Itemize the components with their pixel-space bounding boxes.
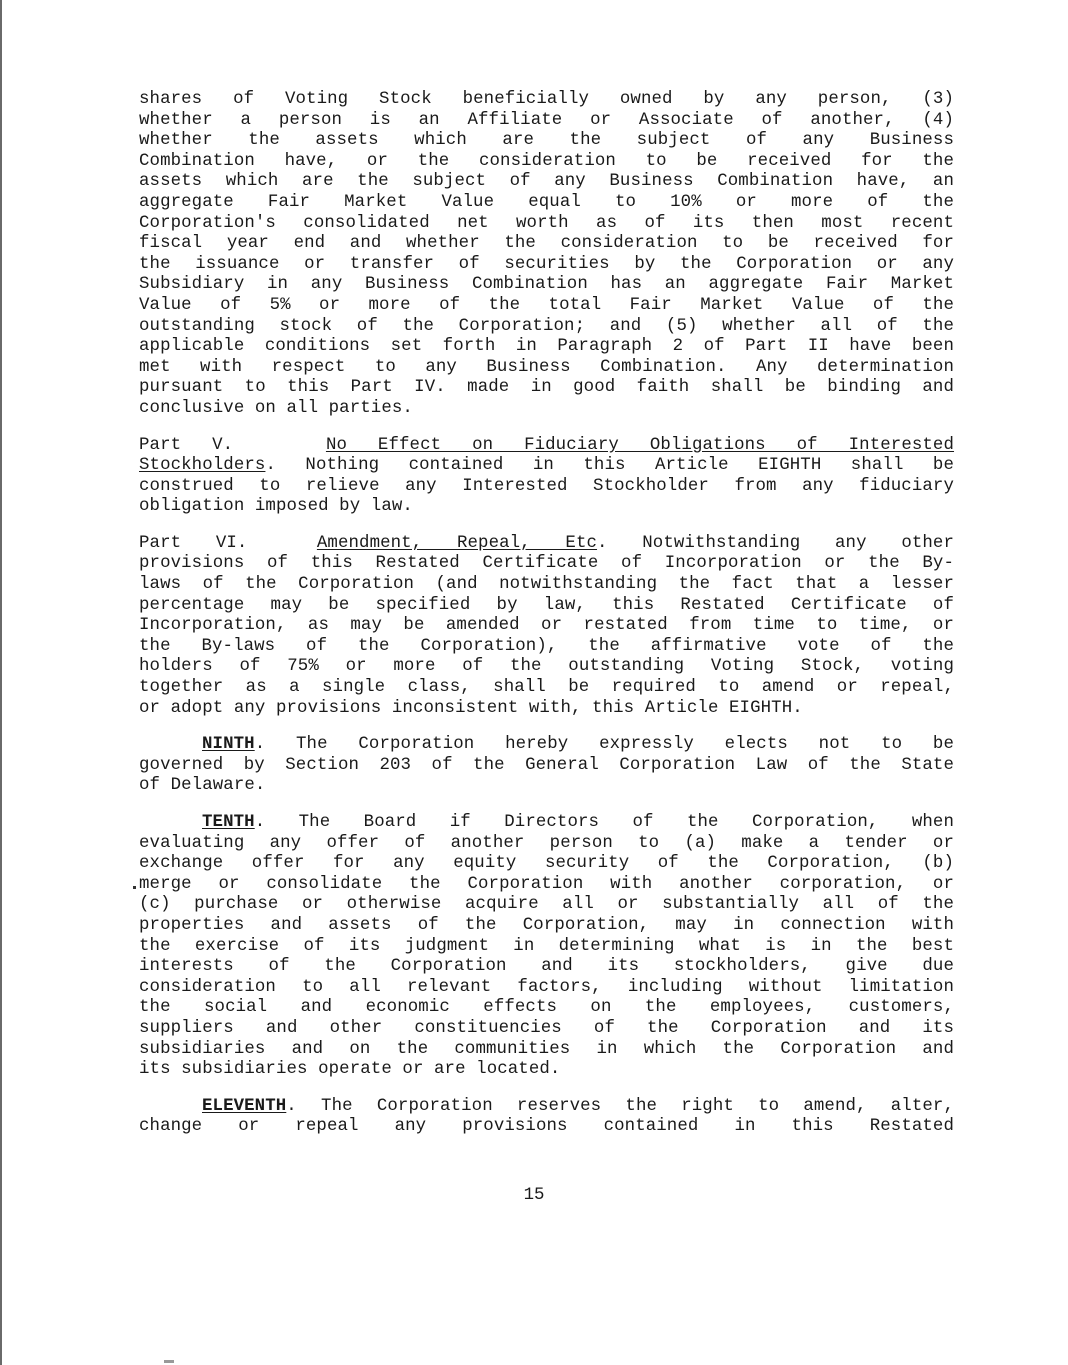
text-line: change or repeal any provisions containe… — [139, 1117, 954, 1138]
text-line: outstanding stock of the Corporation; an… — [139, 317, 954, 338]
text-line: whether the assets which are the subject… — [139, 131, 954, 152]
part-v-line-2: Stockholders. Nothing contained in this … — [139, 456, 954, 477]
text-line: evaluating any offer of another person t… — [139, 834, 954, 855]
tenth-line-1: TENTH. The Board if Directors of the Cor… — [139, 813, 954, 834]
tenth-paragraph: TENTH. The Board if Directors of the Cor… — [139, 813, 954, 1081]
text-line: percentage may be specified by law, this… — [139, 596, 954, 617]
text-line: whether a person is an Affiliate or Asso… — [139, 111, 954, 132]
text-line: Incorporation, as may be amended or rest… — [139, 616, 954, 637]
eleventh-line-1: ELEVENTH. The Corporation reserves the r… — [139, 1097, 954, 1118]
part-v-paragraph: Part V. No Effect on Fiduciary Obligatio… — [139, 436, 954, 518]
text-line: fiscal year end and whether the consider… — [139, 234, 954, 255]
text-line: (c) purchase or otherwise acquire all or… — [139, 895, 954, 916]
part-iv-continuation: shares of Voting Stock beneficially owne… — [139, 90, 954, 420]
page-left-border — [0, 0, 2, 1365]
text-line: shares of Voting Stock beneficially owne… — [139, 90, 954, 111]
text-line: properties and assets of the Corporation… — [139, 916, 954, 937]
ninth-heading: NINTH — [202, 735, 255, 754]
part-v-heading: No Effect on Fiduciary Obligations of In… — [326, 436, 954, 455]
text-line: obligation imposed by law. — [139, 497, 954, 518]
page-number: 15 — [0, 1186, 1068, 1205]
text-line: of Delaware. — [139, 776, 954, 797]
text-line: provisions of this Restated Certificate … — [139, 554, 954, 575]
text-line: subsidiaries and on the communities in w… — [139, 1040, 954, 1061]
text-line: construed to relieve any Interested Stoc… — [139, 477, 954, 498]
part-v-heading-cont: Stockholders — [139, 456, 265, 475]
part-vi-paragraph: Part VI. Amendment, Repeal, Etc. Notwith… — [139, 534, 954, 719]
text-line: laws of the Corporation (and notwithstan… — [139, 575, 954, 596]
text-line: conclusive on all parties. — [139, 399, 954, 420]
text-line: met with respect to any Business Combina… — [139, 358, 954, 379]
scan-mark — [164, 1360, 174, 1363]
eleventh-heading: ELEVENTH — [202, 1097, 286, 1116]
text-line: Value of 5% or more of the total Fair Ma… — [139, 296, 954, 317]
ninth-line-1: NINTH. The Corporation hereby expressly … — [139, 735, 954, 756]
text-line: applicable conditions set forth in Parag… — [139, 337, 954, 358]
text-line: together as a single class, shall be req… — [139, 678, 954, 699]
text-line: assets which are the subject of any Busi… — [139, 172, 954, 193]
text-line: interests of the Corporation and its sto… — [139, 957, 954, 978]
part-vi-line-1: Part VI. Amendment, Repeal, Etc. Notwith… — [139, 534, 954, 555]
text-line: the exercise of its judgment in determin… — [139, 937, 954, 958]
text-line: or adopt any provisions inconsistent wit… — [139, 699, 954, 720]
text-line: Corporation's consolidated net worth as … — [139, 214, 954, 235]
text-line: the social and economic effects on the e… — [139, 998, 954, 1019]
text-line: the By-laws of the Corporation), the aff… — [139, 637, 954, 658]
text-line: governed by Section 203 of the General C… — [139, 756, 954, 777]
part-v-label: Part V. — [139, 436, 233, 455]
text-line: Combination have, or the consideration t… — [139, 152, 954, 173]
text-line: consideration to all relevant factors, i… — [139, 978, 954, 999]
part-vi-label: Part VI. — [139, 534, 247, 553]
tenth-heading: TENTH — [202, 813, 255, 832]
text-line: its subsidiaries operate or are located. — [139, 1060, 954, 1081]
text-line: Subsidiary in any Business Combination h… — [139, 275, 954, 296]
ninth-paragraph: NINTH. The Corporation hereby expressly … — [139, 735, 954, 797]
text-line: holders of 75% or more of the outstandin… — [139, 657, 954, 678]
part-vi-heading: Amendment, Repeal, Etc — [317, 534, 597, 553]
text-line: suppliers and other constituencies of th… — [139, 1019, 954, 1040]
text-line: the issuance or transfer of securities b… — [139, 255, 954, 276]
text-line: merge or consolidate the Corporation wit… — [139, 875, 954, 896]
text-line: pursuant to this Part IV. made in good f… — [139, 378, 954, 399]
part-v-line-1: Part V. No Effect on Fiduciary Obligatio… — [139, 436, 954, 457]
text-line: aggregate Fair Market Value equal to 10%… — [139, 193, 954, 214]
scan-dot — [133, 886, 136, 889]
document-page: shares of Voting Stock beneficially owne… — [139, 90, 954, 1154]
text-line: exchange offer for any equity security o… — [139, 854, 954, 875]
eleventh-paragraph: ELEVENTH. The Corporation reserves the r… — [139, 1097, 954, 1138]
